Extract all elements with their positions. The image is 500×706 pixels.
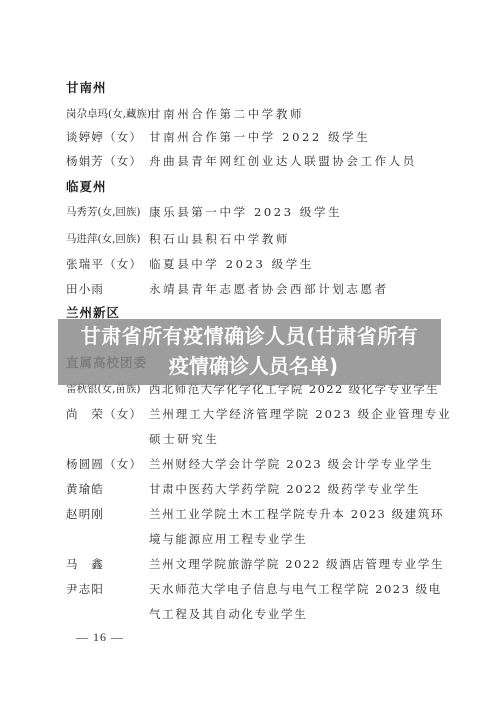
person-description: 天水师范大学电子信息与电气工程学院 2023 级电 [149, 581, 442, 597]
list-item: 谈婷婷（女） 甘南州合作第一中学 2022 级学生 [66, 129, 446, 145]
person-name: 谈婷婷（女） [66, 129, 142, 145]
person-name: 岗尕卓玛(女,藏族) [66, 106, 151, 122]
person-description-continued: 境与能源应用工程专业学生 [149, 531, 307, 547]
title-overlay-banner: 甘肃省所有疫情确诊人员(甘肃省所有 疫情确诊人员名单) [58, 319, 441, 385]
person-description: 兰州工业学院土木工程学院专升本 2023 级建筑环 [149, 506, 444, 522]
section-heading-gannan: 甘南州 [66, 80, 107, 96]
person-description: 甘南州合作第二中学教师 [149, 106, 304, 122]
list-item: 田小雨 永靖县青年志愿者协会西部计划志愿者 [66, 281, 446, 297]
list-item: 马进萍(女,回族) 积石山县积石中学教师 [66, 231, 446, 247]
person-name: 张瑞平（女） [66, 256, 142, 272]
person-description: 甘肃中医药大学药学院 2022 级药学专业学生 [149, 481, 420, 497]
person-name: 马 鑫 [66, 556, 104, 572]
page-number: — 16 — [76, 630, 124, 645]
list-item-continuation: 气工程及其自动化专业学生 [66, 606, 446, 622]
section-heading-linxia: 临夏州 [66, 179, 107, 195]
person-name: 马进萍(女,回族) [66, 231, 141, 247]
person-description: 积石山县积石中学教师 [149, 231, 290, 247]
person-name: 田小雨 [66, 281, 104, 297]
list-item: 岗尕卓玛(女,藏族) 甘南州合作第二中学教师 [66, 106, 446, 122]
person-description: 兰州财经大学会计学院 2023 级会计学专业学生 [149, 456, 433, 472]
person-description: 甘南州合作第一中学 2022 级学生 [149, 129, 370, 145]
person-description: 兰州理工大学经济管理学院 2023 级企业管理专业 [149, 406, 452, 422]
overlay-title-line-2: 疫情确诊人员名单) [58, 353, 445, 379]
list-item: 黄瑜皓 甘肃中医药大学药学院 2022 级药学专业学生 [66, 481, 446, 497]
person-description: 舟曲县青年网红创业达人联盟协会工作人员 [149, 153, 417, 169]
list-item: 马秀芳(女,回族) 康乐县第一中学 2023 级学生 [66, 204, 446, 220]
list-item: 杨娟芳（女） 舟曲县青年网红创业达人联盟协会工作人员 [66, 153, 446, 169]
list-item: 马 鑫 兰州文理学院旅游学院 2022 级酒店管理专业学生 [66, 556, 446, 572]
person-name: 杨圆圆（女） [66, 456, 142, 472]
list-item: 尹志阳 天水师范大学电子信息与电气工程学院 2023 级电 [66, 581, 446, 597]
person-name: 黄瑜皓 [66, 481, 104, 497]
person-description: 康乐县第一中学 2023 级学生 [149, 204, 342, 220]
person-description-continued: 硕士研究生 [149, 431, 220, 447]
list-item-continuation: 境与能源应用工程专业学生 [66, 531, 446, 547]
list-item: 张瑞平（女） 临夏县中学 2023 级学生 [66, 256, 446, 272]
list-item: 尚 荣（女） 兰州理工大学经济管理学院 2023 级企业管理专业 [66, 406, 446, 422]
person-description-continued: 气工程及其自动化专业学生 [149, 606, 307, 622]
person-name: 杨娟芳（女） [66, 153, 142, 169]
list-item: 赵明刚 兰州工业学院土木工程学院专升本 2023 级建筑环 [66, 506, 446, 522]
person-description: 临夏县中学 2023 级学生 [149, 256, 314, 272]
person-name: 尚 荣（女） [66, 406, 142, 422]
person-name: 赵明刚 [66, 506, 104, 522]
overlay-title-line-1: 甘肃省所有疫情确诊人员(甘肃省所有 [58, 323, 441, 349]
list-item-continuation: 硕士研究生 [66, 431, 446, 447]
person-description: 永靖县青年志愿者协会西部计划志愿者 [149, 281, 389, 297]
list-item: 杨圆圆（女） 兰州财经大学会计学院 2023 级会计学专业学生 [66, 456, 446, 472]
document-page: 甘南州 岗尕卓玛(女,藏族) 甘南州合作第二中学教师 谈婷婷（女） 甘南州合作第… [0, 0, 500, 706]
person-name: 尹志阳 [66, 581, 104, 597]
person-name: 马秀芳(女,回族) [66, 204, 141, 220]
person-description: 兰州文理学院旅游学院 2022 级酒店管理专业学生 [149, 556, 444, 572]
